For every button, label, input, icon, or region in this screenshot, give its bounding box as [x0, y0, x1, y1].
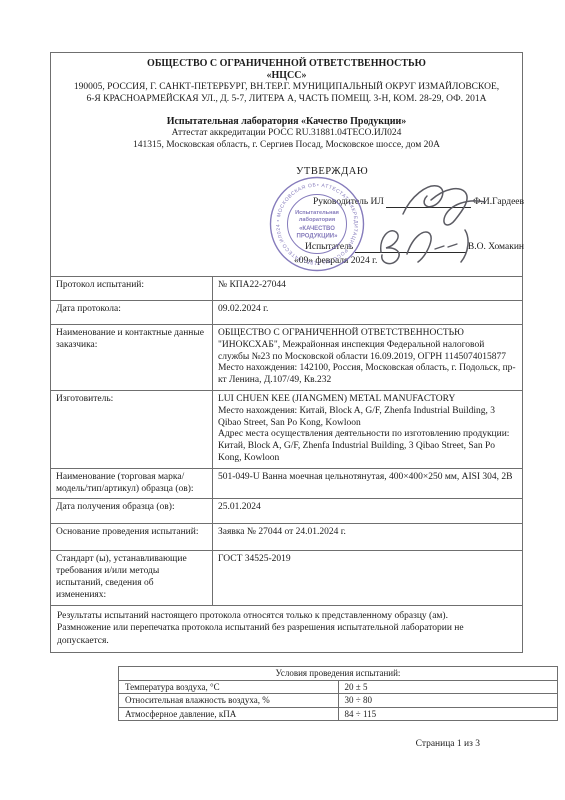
- row-value: № КПА22-27044: [213, 277, 523, 301]
- document-body: ОБЩЕСТВО С ОГРАНИЧЕННОЙ ОТВЕТСТВЕННОСТЬЮ…: [50, 52, 523, 721]
- conditions-title: Условия проведения испытаний:: [119, 667, 558, 681]
- table-row: Изготовитель: LUI CHUEN KEE (JIANGMEN) M…: [51, 390, 523, 468]
- table-row: Дата протокола: 09.02.2024 г.: [51, 301, 523, 325]
- document-page: ОБЩЕСТВО С ОГРАНИЧЕННОЙ ОТВЕТСТВЕННОСТЬЮ…: [0, 0, 565, 800]
- details-table: Протокол испытаний: № КПА22-27044 Дата п…: [50, 276, 523, 606]
- row-label: Протокол испытаний:: [51, 277, 213, 301]
- table-row: Наименование (торговая марка/модель/тип/…: [51, 468, 523, 499]
- table-row: Протокол испытаний: № КПА22-27044: [51, 277, 523, 301]
- conditions-table: Условия проведения испытаний: Температур…: [118, 666, 558, 721]
- stamp-center-line2: лаборатория: [299, 216, 335, 223]
- row-value: ГОСТ 34525-2019: [213, 551, 523, 605]
- table-row: Основание проведения испытаний: Заявка №…: [51, 524, 523, 551]
- org-name-line1: ОБЩЕСТВО С ОГРАНИЧЕННОЙ ОТВЕТСТВЕННОСТЬЮ: [51, 58, 522, 70]
- table-row: Наименование и контактные данные заказчи…: [51, 325, 523, 391]
- stamp-center-line1: Испытательная: [295, 210, 339, 216]
- stamp-center-line4: ПРОДУКЦИИ»: [297, 234, 339, 240]
- disclaimer-note: Результаты испытаний настоящего протокол…: [50, 606, 523, 654]
- row-label: Наименование (торговая марка/модель/тип/…: [51, 468, 213, 499]
- page-number: Страница 1 из 3: [416, 739, 480, 749]
- org-name-line2: «НЦСС»: [51, 70, 522, 82]
- row-label: Температура воздуха, °С: [119, 680, 339, 694]
- row-label: Изготовитель:: [51, 390, 213, 468]
- tester-signature-icon: [373, 222, 479, 268]
- row-label: Атмосферное давление, кПА: [119, 707, 339, 721]
- row-label: Основание проведения испытаний:: [51, 524, 213, 551]
- row-value: 30 ÷ 80: [338, 694, 558, 708]
- lab-name: Испытательная лаборатория «Качество Прод…: [51, 116, 522, 128]
- row-value: 84 ÷ 115: [338, 707, 558, 721]
- row-value: ОБЩЕСТВО С ОГРАНИЧЕННОЙ ОТВЕТСТВЕННОСТЬЮ…: [213, 325, 523, 391]
- accreditation-line: Аттестат аккредитации РОСС RU.31881.04ТЕ…: [51, 128, 522, 140]
- stamp-center-line3: «КАЧЕСТВО: [299, 226, 335, 232]
- row-label: Дата получения образца (ов):: [51, 499, 213, 524]
- org-address-line2: 6-Я КРАСНОАРМЕЙСКАЯ УЛ., Д. 5-7, ЛИТЕРА …: [51, 94, 522, 106]
- row-label: Наименование и контактные данные заказчи…: [51, 325, 213, 391]
- lab-stamp-icon: • АТТЕСТАТ АККРЕДИТАЦИИ РОСС RU.31881.04…: [267, 174, 367, 274]
- conditions-section: Условия проведения испытаний: Температур…: [118, 666, 523, 721]
- org-address-line1: 190005, РОССИЯ, Г. САНКТ-ПЕТЕРБУРГ, ВН.Т…: [51, 82, 522, 94]
- lab-address: 141315, Московская область, г. Сергиев П…: [51, 140, 522, 152]
- row-label: Стандарт (ы), устанавливающие требования…: [51, 551, 213, 605]
- row-value: 25.01.2024: [213, 499, 523, 524]
- row-value: 09.02.2024 г.: [213, 301, 523, 325]
- row-value: 501-049-U Ванна моечная цельнотянутая, 4…: [213, 468, 523, 499]
- row-value: 20 ± 5: [338, 680, 558, 694]
- row-value: LUI CHUEN KEE (JIANGMEN) METAL MANUFACTO…: [213, 390, 523, 468]
- table-row: Атмосферное давление, кПА 84 ÷ 115: [119, 707, 558, 721]
- row-value: Заявка № 27044 от 24.01.2024 г.: [213, 524, 523, 551]
- table-row: Стандарт (ы), устанавливающие требования…: [51, 551, 523, 605]
- table-row: Температура воздуха, °С 20 ± 5: [119, 680, 558, 694]
- row-label: Относительная влажность воздуха, %: [119, 694, 339, 708]
- table-row: Относительная влажность воздуха, % 30 ÷ …: [119, 694, 558, 708]
- table-row: Дата получения образца (ов): 25.01.2024: [51, 499, 523, 524]
- document-header: ОБЩЕСТВО С ОГРАНИЧЕННОЙ ОТВЕТСТВЕННОСТЬЮ…: [50, 52, 523, 276]
- table-row: Условия проведения испытаний:: [119, 667, 558, 681]
- row-label: Дата протокола:: [51, 301, 213, 325]
